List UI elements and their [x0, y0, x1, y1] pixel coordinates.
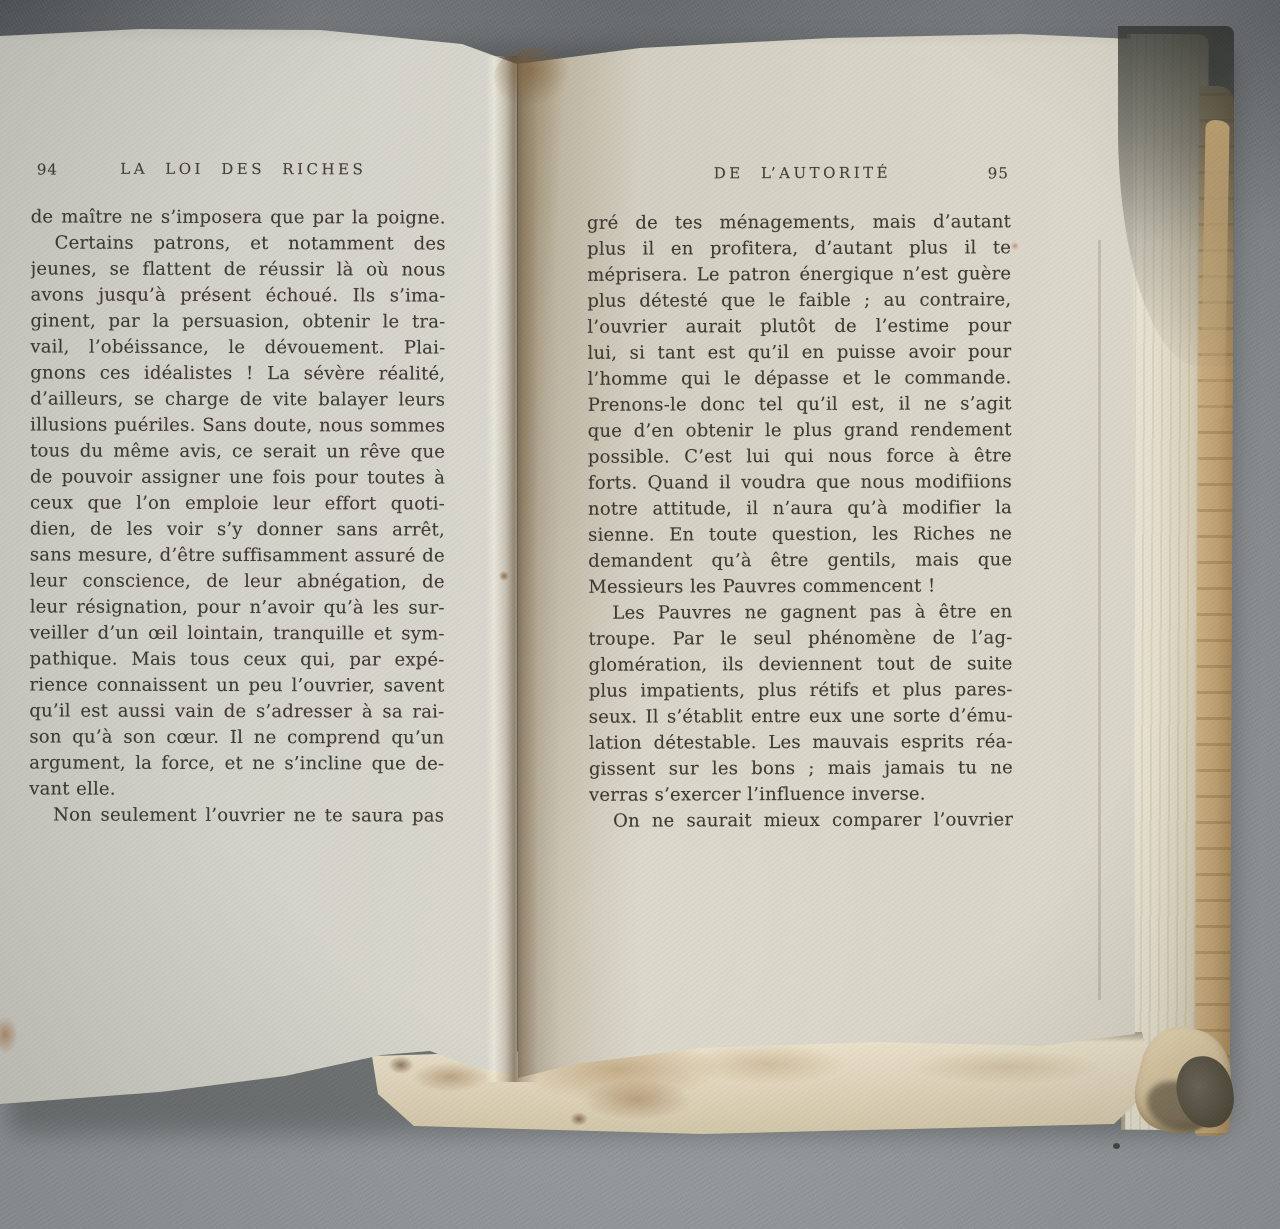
text-line: gré de tes ménagements, mais d’autant — [587, 209, 1011, 236]
text-line: demandent qu’à être gentils, mais que — [588, 547, 1012, 574]
text-line: l’ouvrier aurait plutôt de l’estime pour — [587, 313, 1011, 340]
speck — [1113, 1143, 1120, 1149]
text-line: qu’il est aussi vain de s’adresser à sa … — [29, 698, 444, 725]
text-line: plus détesté que le faible ; au contrair… — [587, 287, 1011, 314]
text-line: sans mesure, d’être suffisamment assuré … — [30, 542, 445, 569]
left-running-head: 94 LA LOI DES RICHES — [31, 159, 446, 182]
left-page-number: 94 — [37, 160, 58, 178]
text-line: de pouvoir assigner une fois pour toutes… — [30, 464, 445, 491]
text-line: glomération, ils deviennent tout de suit… — [589, 651, 1013, 678]
text-line: que d’en obtenir le plus grand rendement — [588, 417, 1012, 444]
stain — [582, 1080, 692, 1120]
stain — [912, 1050, 1102, 1084]
text-line: possible. C’est lui qui nous force à êtr… — [588, 443, 1012, 470]
stain — [688, 1044, 848, 1084]
text-line: lui, si tant est qu’il en puisse avoir p… — [587, 339, 1011, 366]
right-running-head: DE L’AUTORITÉ 95 — [587, 163, 1011, 186]
text-line: troupe. Par le seul phénomène de l’ag- — [588, 625, 1012, 652]
text-line: l’homme qui le dépasse et le commande. — [588, 365, 1012, 392]
text-line: d’ailleurs, se charge de vite balayer le… — [30, 386, 445, 413]
text-line: plus impatients, plus rétifs et plus par… — [589, 677, 1013, 704]
right-page-text: DE L’AUTORITÉ 95 gré de tes ménagements,… — [587, 163, 1013, 834]
text-line: leur résignation, pour n’avoir qu’à les … — [30, 594, 445, 621]
text-line: On ne saurait mieux comparer l’ouvrier — [589, 807, 1013, 834]
left-page-text: 94 LA LOI DES RICHES de maître ne s’impo… — [29, 159, 446, 829]
text-line: plus il en profitera, d’autant plus il t… — [587, 235, 1011, 262]
text-line: Messieurs les Pauvres commencent ! — [588, 573, 1012, 600]
text-line: verras s’exercer l’influence inverse. — [589, 781, 1013, 808]
page-gutter-shadow — [486, 56, 538, 1082]
stain — [1011, 242, 1019, 250]
text-line: Non seulement l’ouvrier ne te saura pas — [29, 802, 444, 829]
text-line: ginent, par la persuasion, obtenir le tr… — [30, 308, 445, 335]
text-line: gnons ces idéalistes ! La sévère réalité… — [30, 360, 445, 387]
text-line: Prenons-le donc tel qu’il est, il ne s’a… — [588, 391, 1012, 418]
text-line: gissent sur les bons ; mais jamais tu ne — [589, 755, 1013, 782]
text-line: tous du même avis, ce serait un rêve que — [30, 438, 445, 465]
text-line: lation détestable. Les mauvais esprits r… — [589, 729, 1013, 756]
text-line: ceux que l’on emploie leur effort quoti- — [30, 490, 445, 517]
right-running-title: DE L’AUTORITÉ — [714, 164, 891, 183]
text-line: veiller d’un œil lointain, tranquille et… — [30, 620, 445, 647]
book-photo: 94 LA LOI DES RICHES de maître ne s’impo… — [0, 0, 1280, 1229]
gutter-top-smudge — [494, 48, 572, 108]
text-line: avons jusqu’à présent échoué. Ils s’ima- — [30, 282, 445, 309]
text-line: leur conscience, de leur abnégation, de — [30, 568, 445, 595]
text-line: seux. Il s’établit entre eux une sorte d… — [589, 703, 1013, 730]
text-line: vant elle. — [29, 776, 444, 803]
text-line: illusions puériles. Sans doute, nous som… — [30, 412, 445, 439]
stain — [388, 1056, 414, 1074]
text-line: sienne. En toute question, les Riches ne — [588, 521, 1012, 548]
text-line: dien, de les voir s’y donner sans arrêt, — [30, 516, 445, 543]
text-line: jeunes, se flattent de réussir là où nou… — [31, 256, 446, 283]
text-line: méprisera. Le patron énergique n’est guè… — [587, 261, 1011, 288]
text-line: argument, la force, et ne s’incline que … — [29, 750, 444, 777]
stain — [499, 571, 509, 581]
right-page-number: 95 — [988, 164, 1009, 182]
left-page-body: de maître ne s’imposera que par la poign… — [29, 204, 446, 829]
right-page-body: gré de tes ménagements, mais d’autantplu… — [587, 209, 1013, 834]
stain — [570, 1112, 588, 1126]
text-line: rience connaissent un peu l’ouvrier, sav… — [29, 672, 444, 699]
text-line: son qu’à son cœur. Il ne comprend qu’un — [29, 724, 444, 751]
left-running-title: LA LOI DES RICHES — [120, 160, 366, 179]
text-line: Certains patrons, et notamment des — [31, 230, 446, 257]
text-line: notre attitude, il n’aura qu’à modifier … — [588, 495, 1012, 522]
text-line: Les Pauvres ne gagnent pas à être en — [588, 599, 1012, 626]
text-line: pathique. Mais tous ceux qui, par expé- — [30, 646, 445, 673]
text-line: forts. Quand il voudra que nous modifiio… — [588, 469, 1012, 496]
text-line: vail, l’obéissance, le dévouement. Plai- — [30, 334, 445, 361]
text-line: de maître ne s’imposera que par la poign… — [31, 204, 446, 231]
